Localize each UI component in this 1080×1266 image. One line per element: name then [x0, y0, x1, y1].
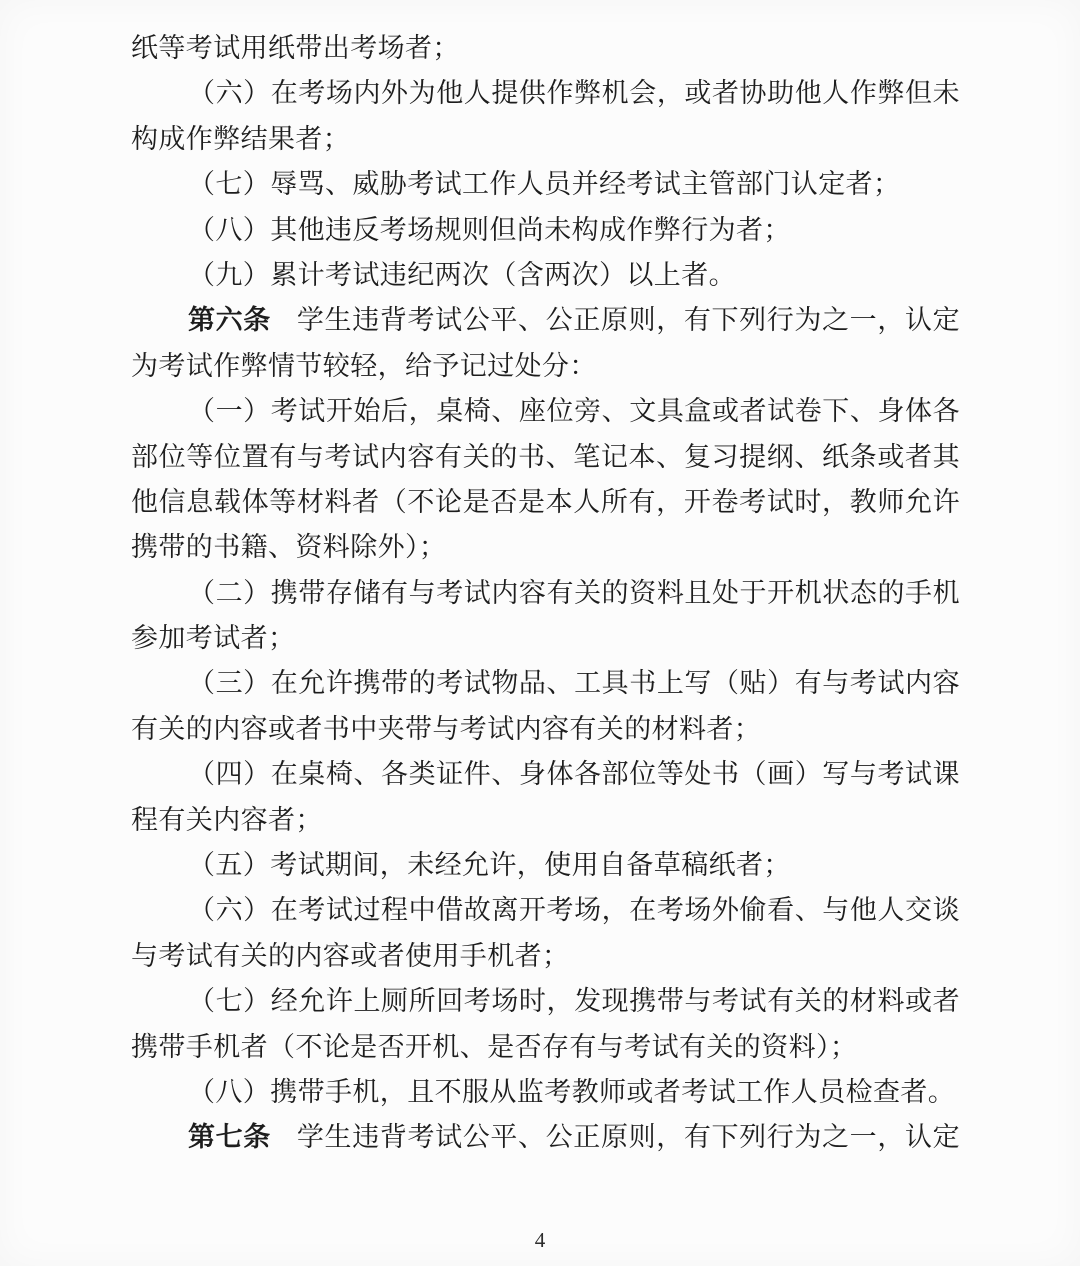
text-segment: 携带手机者（不论是否开机、是否存有与考试有关的资料）；	[131, 1032, 857, 1062]
text-segment: （三）在允许携带的考试物品、工具书上写（贴）有与考试内容	[188, 668, 960, 698]
text-segment: （一）考试开始后，桌椅、座位旁、文具盒或者试卷下、身体各	[188, 396, 960, 426]
text-segment: （八）其他违反考场规则但尚未构成作弊行为者；	[188, 215, 791, 245]
text-line: （八）其他违反考场规则但尚未构成作弊行为者；	[131, 208, 960, 253]
text-segment: （七）经允许上厕所回考场时，发现携带与考试有关的材料或者	[188, 986, 960, 1016]
text-line: 为考试作弊情节较轻，给予记过处分：	[131, 344, 960, 389]
text-segment: （八）携带手机，且不服从监考教师或者考试工作人员检查者。	[188, 1077, 955, 1107]
text-line: 构成作弊结果者；	[131, 117, 960, 162]
text-line: 携带手机者（不论是否开机、是否存有与考试有关的资料）；	[131, 1025, 960, 1070]
text-segment: 参加考试者；	[131, 623, 295, 653]
text-line: 与考试有关的内容或者使用手机者；	[131, 934, 960, 979]
text-segment: （四）在桌椅、各类证件、身体各部位等处书（画）写与考试课	[188, 759, 960, 789]
text-segment: 纸等考试用纸带出考场者；	[131, 33, 460, 63]
text-segment: 携带的书籍、资料除外）；	[131, 532, 446, 562]
text-segment: （二）携带存储有与考试内容有关的资料且处于开机状态的手机	[188, 578, 960, 608]
text-line: 第七条学生违背考试公平、公正原则，有下列行为之一，认定	[131, 1115, 960, 1160]
text-line: （九）累计考试违纪两次（含两次）以上者。	[131, 253, 960, 298]
text-segment: （六）在考场内外为他人提供作弊机会，或者协助他人作弊但未	[188, 78, 960, 108]
text-line: 程有关内容者；	[131, 798, 960, 843]
text-segment: 有关的内容或者书中夹带与考试内容有关的材料者；	[131, 714, 761, 744]
text-line: 他信息载体等材料者（不论是否是本人所有，开卷考试时，教师允许	[131, 480, 960, 525]
text-segment: 学生违背考试公平、公正原则，有下列行为之一，认定	[297, 1122, 960, 1152]
text-segment: 部位等位置有与考试内容有关的书、笔记本、复习提纲、纸条或者其	[131, 442, 960, 472]
text-line: （一）考试开始后，桌椅、座位旁、文具盒或者试卷下、身体各	[131, 389, 960, 434]
text-segment: （九）累计考试违纪两次（含两次）以上者。	[188, 260, 736, 290]
text-line: （四）在桌椅、各类证件、身体各部位等处书（画）写与考试课	[131, 752, 960, 797]
text-line: （六）在考场内外为他人提供作弊机会，或者协助他人作弊但未	[131, 71, 960, 116]
text-segment: 构成作弊结果者；	[131, 124, 350, 154]
article-number: 第七条	[188, 1122, 271, 1152]
text-line: （七）辱骂、威胁考试工作人员并经考试主管部门认定者；	[131, 162, 960, 207]
article-number: 第六条	[188, 305, 271, 335]
text-segment: 他信息载体等材料者（不论是否是本人所有，开卷考试时，教师允许	[131, 487, 960, 517]
text-line: 第六条学生违背考试公平、公正原则，有下列行为之一，认定	[131, 298, 960, 343]
text-line: （八）携带手机，且不服从监考教师或者考试工作人员检查者。	[131, 1070, 960, 1115]
text-line: （三）在允许携带的考试物品、工具书上写（贴）有与考试内容	[131, 661, 960, 706]
text-line: （七）经允许上厕所回考场时，发现携带与考试有关的材料或者	[131, 979, 960, 1024]
text-line: 有关的内容或者书中夹带与考试内容有关的材料者；	[131, 707, 960, 752]
text-line: 部位等位置有与考试内容有关的书、笔记本、复习提纲、纸条或者其	[131, 435, 960, 480]
document-page: 纸等考试用纸带出考场者；（六）在考场内外为他人提供作弊机会，或者协助他人作弊但未…	[0, 0, 1080, 1266]
text-segment: （七）辱骂、威胁考试工作人员并经考试主管部门认定者；	[188, 169, 900, 199]
text-line: （六）在考试过程中借故离开考场，在考场外偷看、与他人交谈	[131, 888, 960, 933]
page-number: 4	[0, 1228, 1080, 1253]
text-line: （五）考试期间，未经允许，使用自备草稿纸者；	[131, 843, 960, 888]
text-segment: 与考试有关的内容或者使用手机者；	[131, 941, 569, 971]
text-line: （二）携带存储有与考试内容有关的资料且处于开机状态的手机	[131, 571, 960, 616]
text-segment: 学生违背考试公平、公正原则，有下列行为之一，认定	[297, 305, 960, 335]
text-segment: （六）在考试过程中借故离开考场，在考场外偷看、与他人交谈	[188, 895, 960, 925]
text-line: 纸等考试用纸带出考场者；	[131, 26, 960, 71]
text-segment: 为考试作弊情节较轻，给予记过处分：	[131, 351, 597, 381]
text-line: 携带的书籍、资料除外）；	[131, 525, 960, 570]
text-line: 参加考试者；	[131, 616, 960, 661]
text-segment: （五）考试期间，未经允许，使用自备草稿纸者；	[188, 850, 791, 880]
document-text-block: 纸等考试用纸带出考场者；（六）在考场内外为他人提供作弊机会，或者协助他人作弊但未…	[131, 26, 960, 1161]
text-segment: 程有关内容者；	[131, 805, 323, 835]
